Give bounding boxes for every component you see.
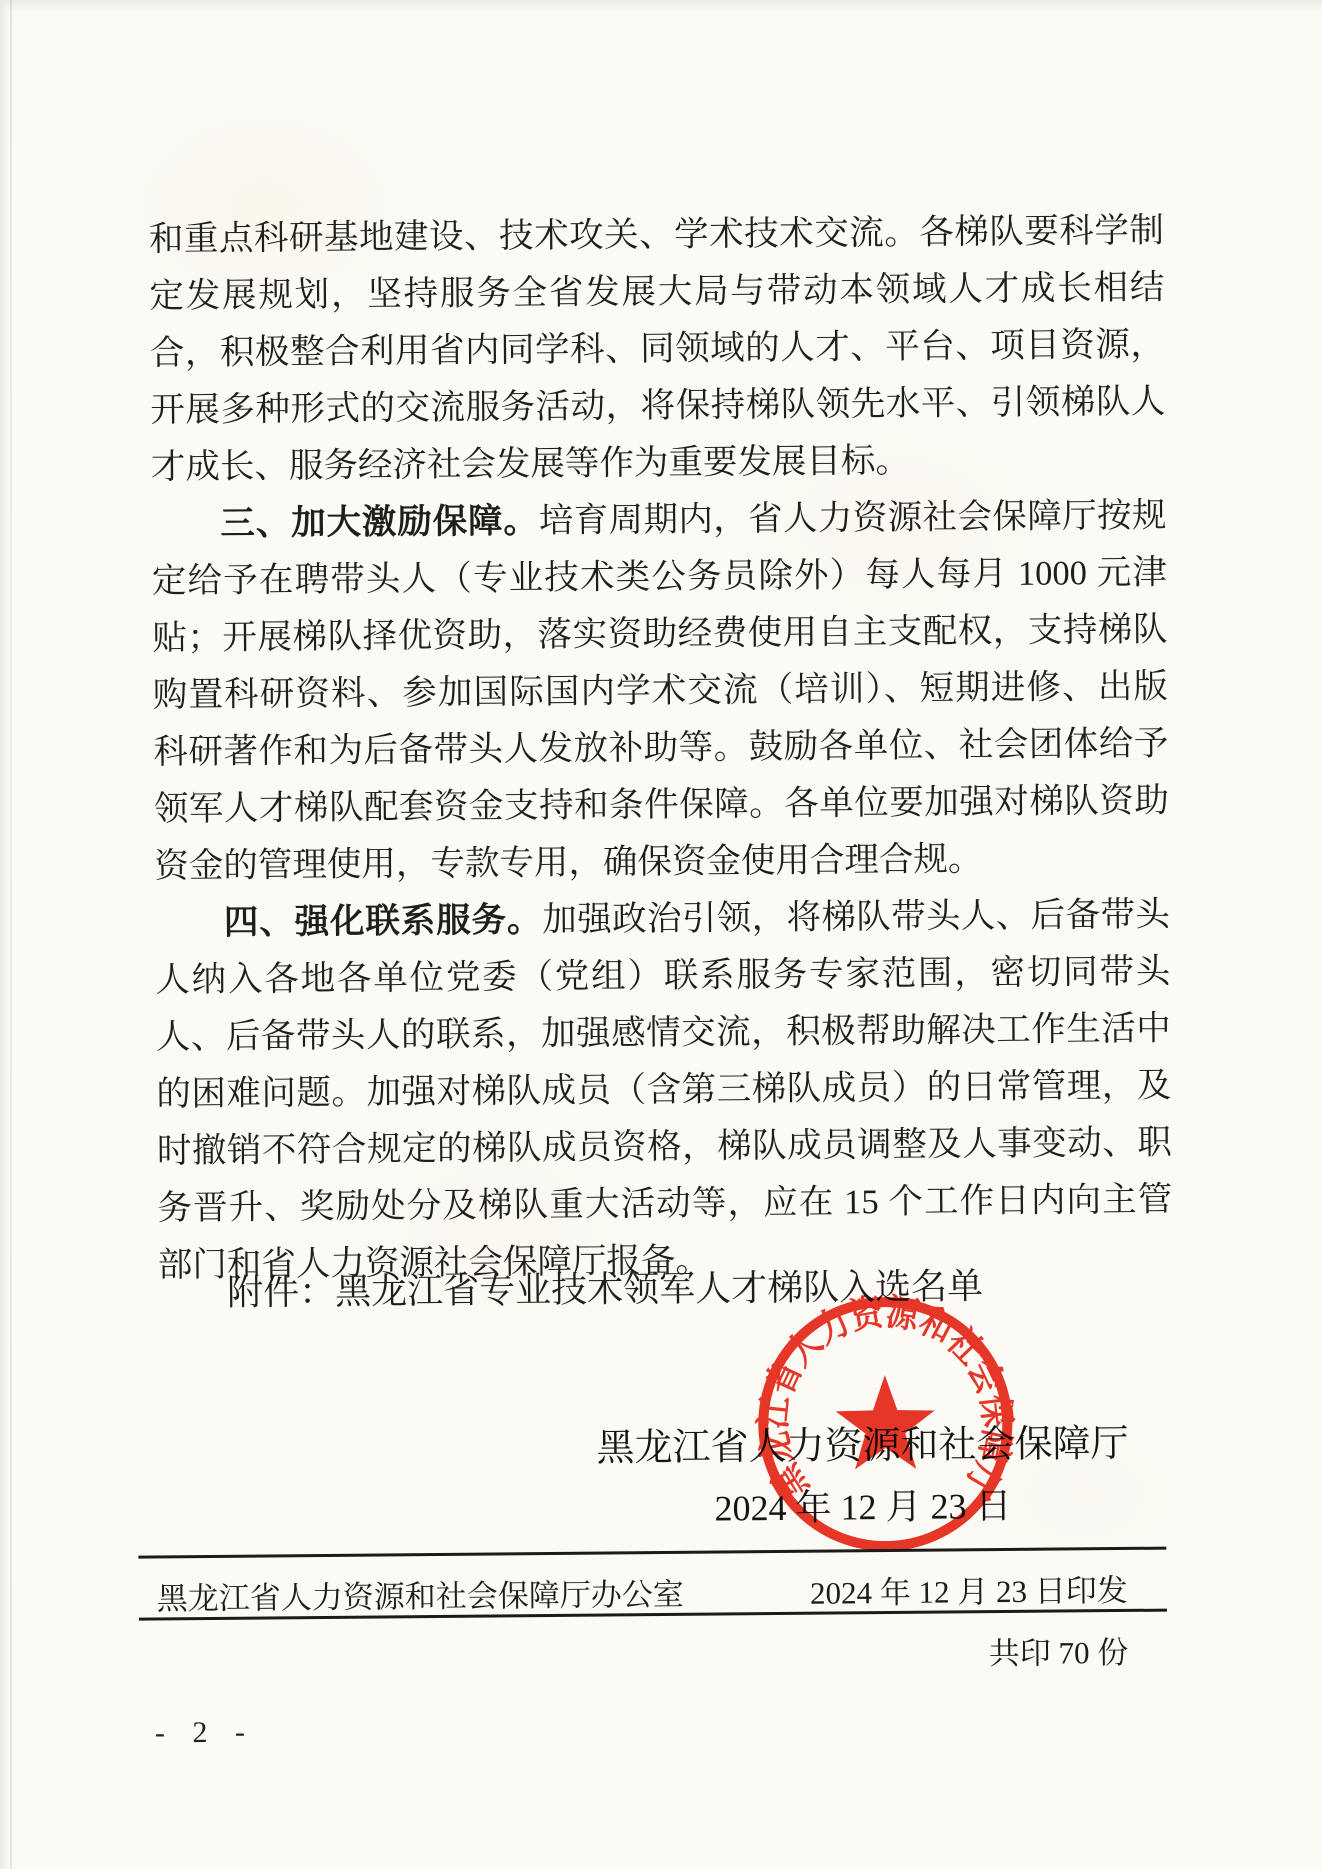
paragraph-text: 培育周期内，省人力资源社会保障厅按规定给予在聘带头人（专业技术类公务员除外）每人… <box>152 497 1169 886</box>
footer-office-name: 黑龙江省人力资源和社会保障厅办公室 <box>157 1569 684 1619</box>
section-heading-4: 四、强化联系服务。 <box>224 901 543 942</box>
body-paragraph-3: 四、强化联系服务。加强政治引领，将梯队带头人、后备带头人纳入各地各单位党委（党组… <box>155 887 1173 1295</box>
document-page: 和重点科研基地建设、技术攻关、学术技术交流。各梯队要科学制定发展规划，坚持服务全… <box>0 0 1322 1869</box>
paragraph-text: 加强政治引领，将梯队带头人、后备带头人纳入各地各单位党委（党组）联系服务专家范围… <box>155 896 1172 1285</box>
section-heading-3: 三、加大激励保障。 <box>220 502 539 543</box>
scanned-document-page: { "body": { "p1": "和重点科研基地建设、技术攻关、学术技术交流… <box>0 0 1322 1869</box>
official-seal: 黑龙江省人力资源和社会保障厅 <box>739 1278 1032 1571</box>
page-number: - 2 - <box>155 1716 255 1751</box>
seal-star-icon <box>835 1375 935 1470</box>
document-body: 和重点科研基地建设、技术攻关、学术技术交流。各梯队要科学制定发展规划，坚持服务全… <box>149 203 1173 1295</box>
body-paragraph-2: 三、加大激励保障。培育周期内，省人力资源社会保障厅按规定给予在聘带头人（专业技术… <box>151 488 1169 896</box>
footer-print-date: 2024 年 12 月 23 日印发 <box>810 1565 1128 1613</box>
body-paragraph-1: 和重点科研基地建设、技术攻关、学术技术交流。各梯队要科学制定发展规划，坚持服务全… <box>149 203 1166 497</box>
paragraph-text: 和重点科研基地建设、技术攻关、学术技术交流。各梯队要科学制定发展规划，坚持服务全… <box>149 212 1166 487</box>
footer-copies-count: 共印 70 份 <box>989 1627 1129 1673</box>
